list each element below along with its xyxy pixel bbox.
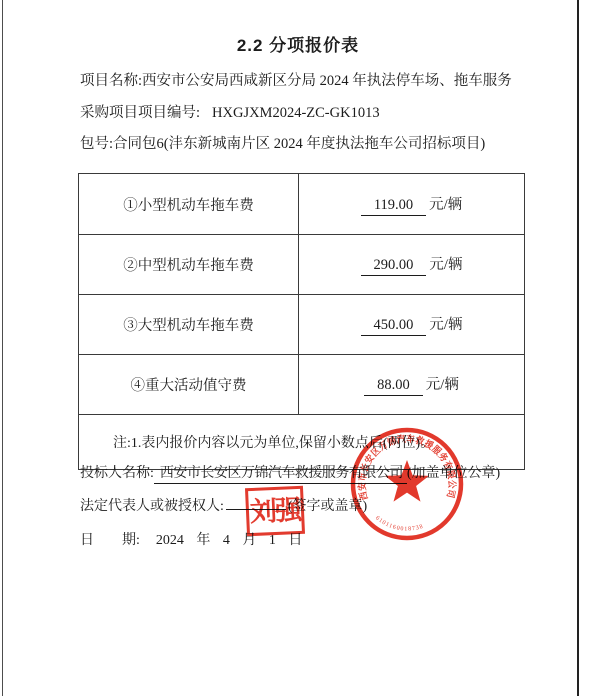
project-name-value: 西安市公安局西咸新区分局 2024 年执法停车场、拖车服务: [142, 73, 512, 89]
price-table: ①小型机动车拖车费 119.00元/辆 ②中型机动车拖车费 290.00元/辆 …: [78, 173, 525, 470]
representative-line: 法定代表人或被授权人:(签字或盖章): [80, 495, 367, 515]
table-row: ①小型机动车拖车费 119.00元/辆: [79, 174, 525, 235]
page-edge-right: [577, 0, 579, 696]
company-seal-number: 6101160018738: [374, 515, 424, 532]
bidder-label: 投标人名称:: [80, 466, 154, 481]
date-label: 日 期:: [80, 533, 140, 548]
date-line: 日 期:2024 年 4 月 1 日: [80, 529, 302, 549]
bidder-name: 西安市长安区万锦汽车救援服务有限公司: [154, 462, 407, 484]
price-value: 119.00: [361, 197, 426, 216]
price-value: 290.00: [361, 257, 427, 276]
package-label: 包号:: [80, 136, 113, 152]
item-cell: ③大型机动车拖车费: [79, 295, 299, 355]
price-unit: 元/辆: [429, 197, 462, 213]
item-cell: ②中型机动车拖车费: [79, 235, 299, 295]
package-value: 合同包6(沣东新城南片区 2024 年度执法拖车公司招标项目): [113, 136, 485, 152]
bidder-line: 投标人名称:西安市长安区万锦汽车救援服务有限公司(加盖单位公章): [80, 462, 500, 484]
date-value: 2024 年 4 月 1 日: [156, 533, 303, 548]
price-value: 88.00: [364, 377, 423, 396]
project-name-label: 项目名称:: [80, 73, 142, 89]
price-cell: 88.00元/辆: [299, 355, 525, 415]
page-edge-left: [2, 0, 3, 696]
project-name-line: 项目名称:西安市公安局西咸新区分局 2024 年执法停车场、拖车服务: [80, 69, 512, 90]
table-row: ②中型机动车拖车费 290.00元/辆: [79, 235, 525, 295]
price-cell: 119.00元/辆: [299, 174, 525, 235]
table-row: ③大型机动车拖车费 450.00元/辆: [79, 295, 525, 355]
signature-blank: [226, 495, 286, 510]
bidder-stamp-note: (加盖单位公章): [407, 466, 500, 481]
price-cell: 450.00元/辆: [299, 295, 525, 355]
signature-note: (签字或盖章): [288, 499, 367, 514]
procurement-id-label: 采购项目项目编号:: [80, 105, 200, 121]
item-cell: ①小型机动车拖车费: [79, 174, 299, 235]
price-unit: 元/辆: [429, 257, 462, 273]
document-page: 2.2 分项报价表 项目名称:西安市公安局西咸新区分局 2024 年执法停车场、…: [0, 0, 596, 696]
price-unit: 元/辆: [426, 377, 459, 393]
item-cell: ④重大活动值守费: [79, 355, 299, 415]
table-row: ④重大活动值守费 88.00元/辆: [79, 355, 525, 415]
svg-text:6101160018738: 6101160018738: [374, 515, 424, 532]
representative-label: 法定代表人或被授权人:: [80, 499, 224, 514]
package-line: 包号:合同包6(沣东新城南片区 2024 年度执法拖车公司招标项目): [80, 132, 485, 153]
procurement-id-value: HXGJXM2024-ZC-GK1013: [212, 105, 380, 121]
procurement-id-line: 采购项目项目编号:HXGJXM2024-ZC-GK1013: [80, 101, 380, 122]
price-cell: 290.00元/辆: [299, 235, 525, 295]
price-unit: 元/辆: [429, 317, 462, 333]
page-title: 2.2 分项报价表: [0, 31, 596, 56]
price-value: 450.00: [361, 317, 427, 336]
